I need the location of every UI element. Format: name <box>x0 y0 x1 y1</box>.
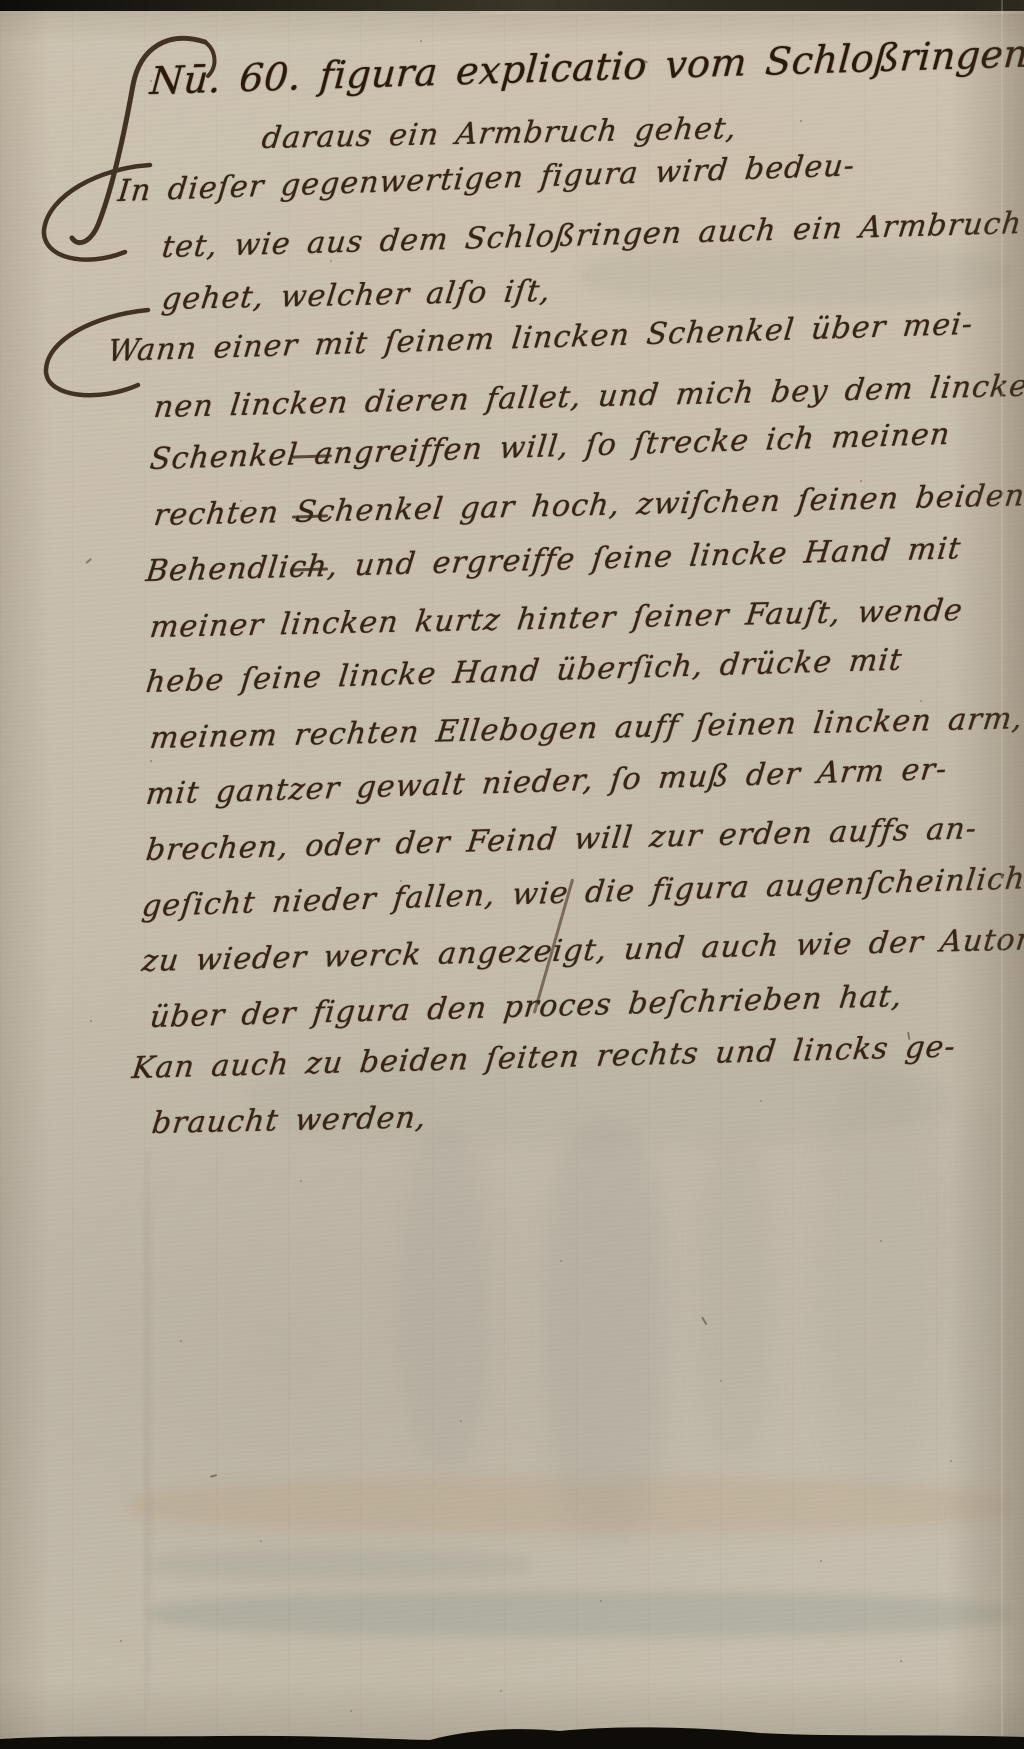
page-edge-top-highlight <box>480 11 1024 14</box>
page-edge-bottom <box>0 1719 1024 1749</box>
page-edge-top <box>0 0 1024 11</box>
text-line-18: braucht werden, <box>150 1099 429 1142</box>
page-edge-right-shadow <box>948 0 1024 1749</box>
manuscript-scan: Nū. 60. figura explicatio vom Schloßring… <box>0 0 1024 1749</box>
